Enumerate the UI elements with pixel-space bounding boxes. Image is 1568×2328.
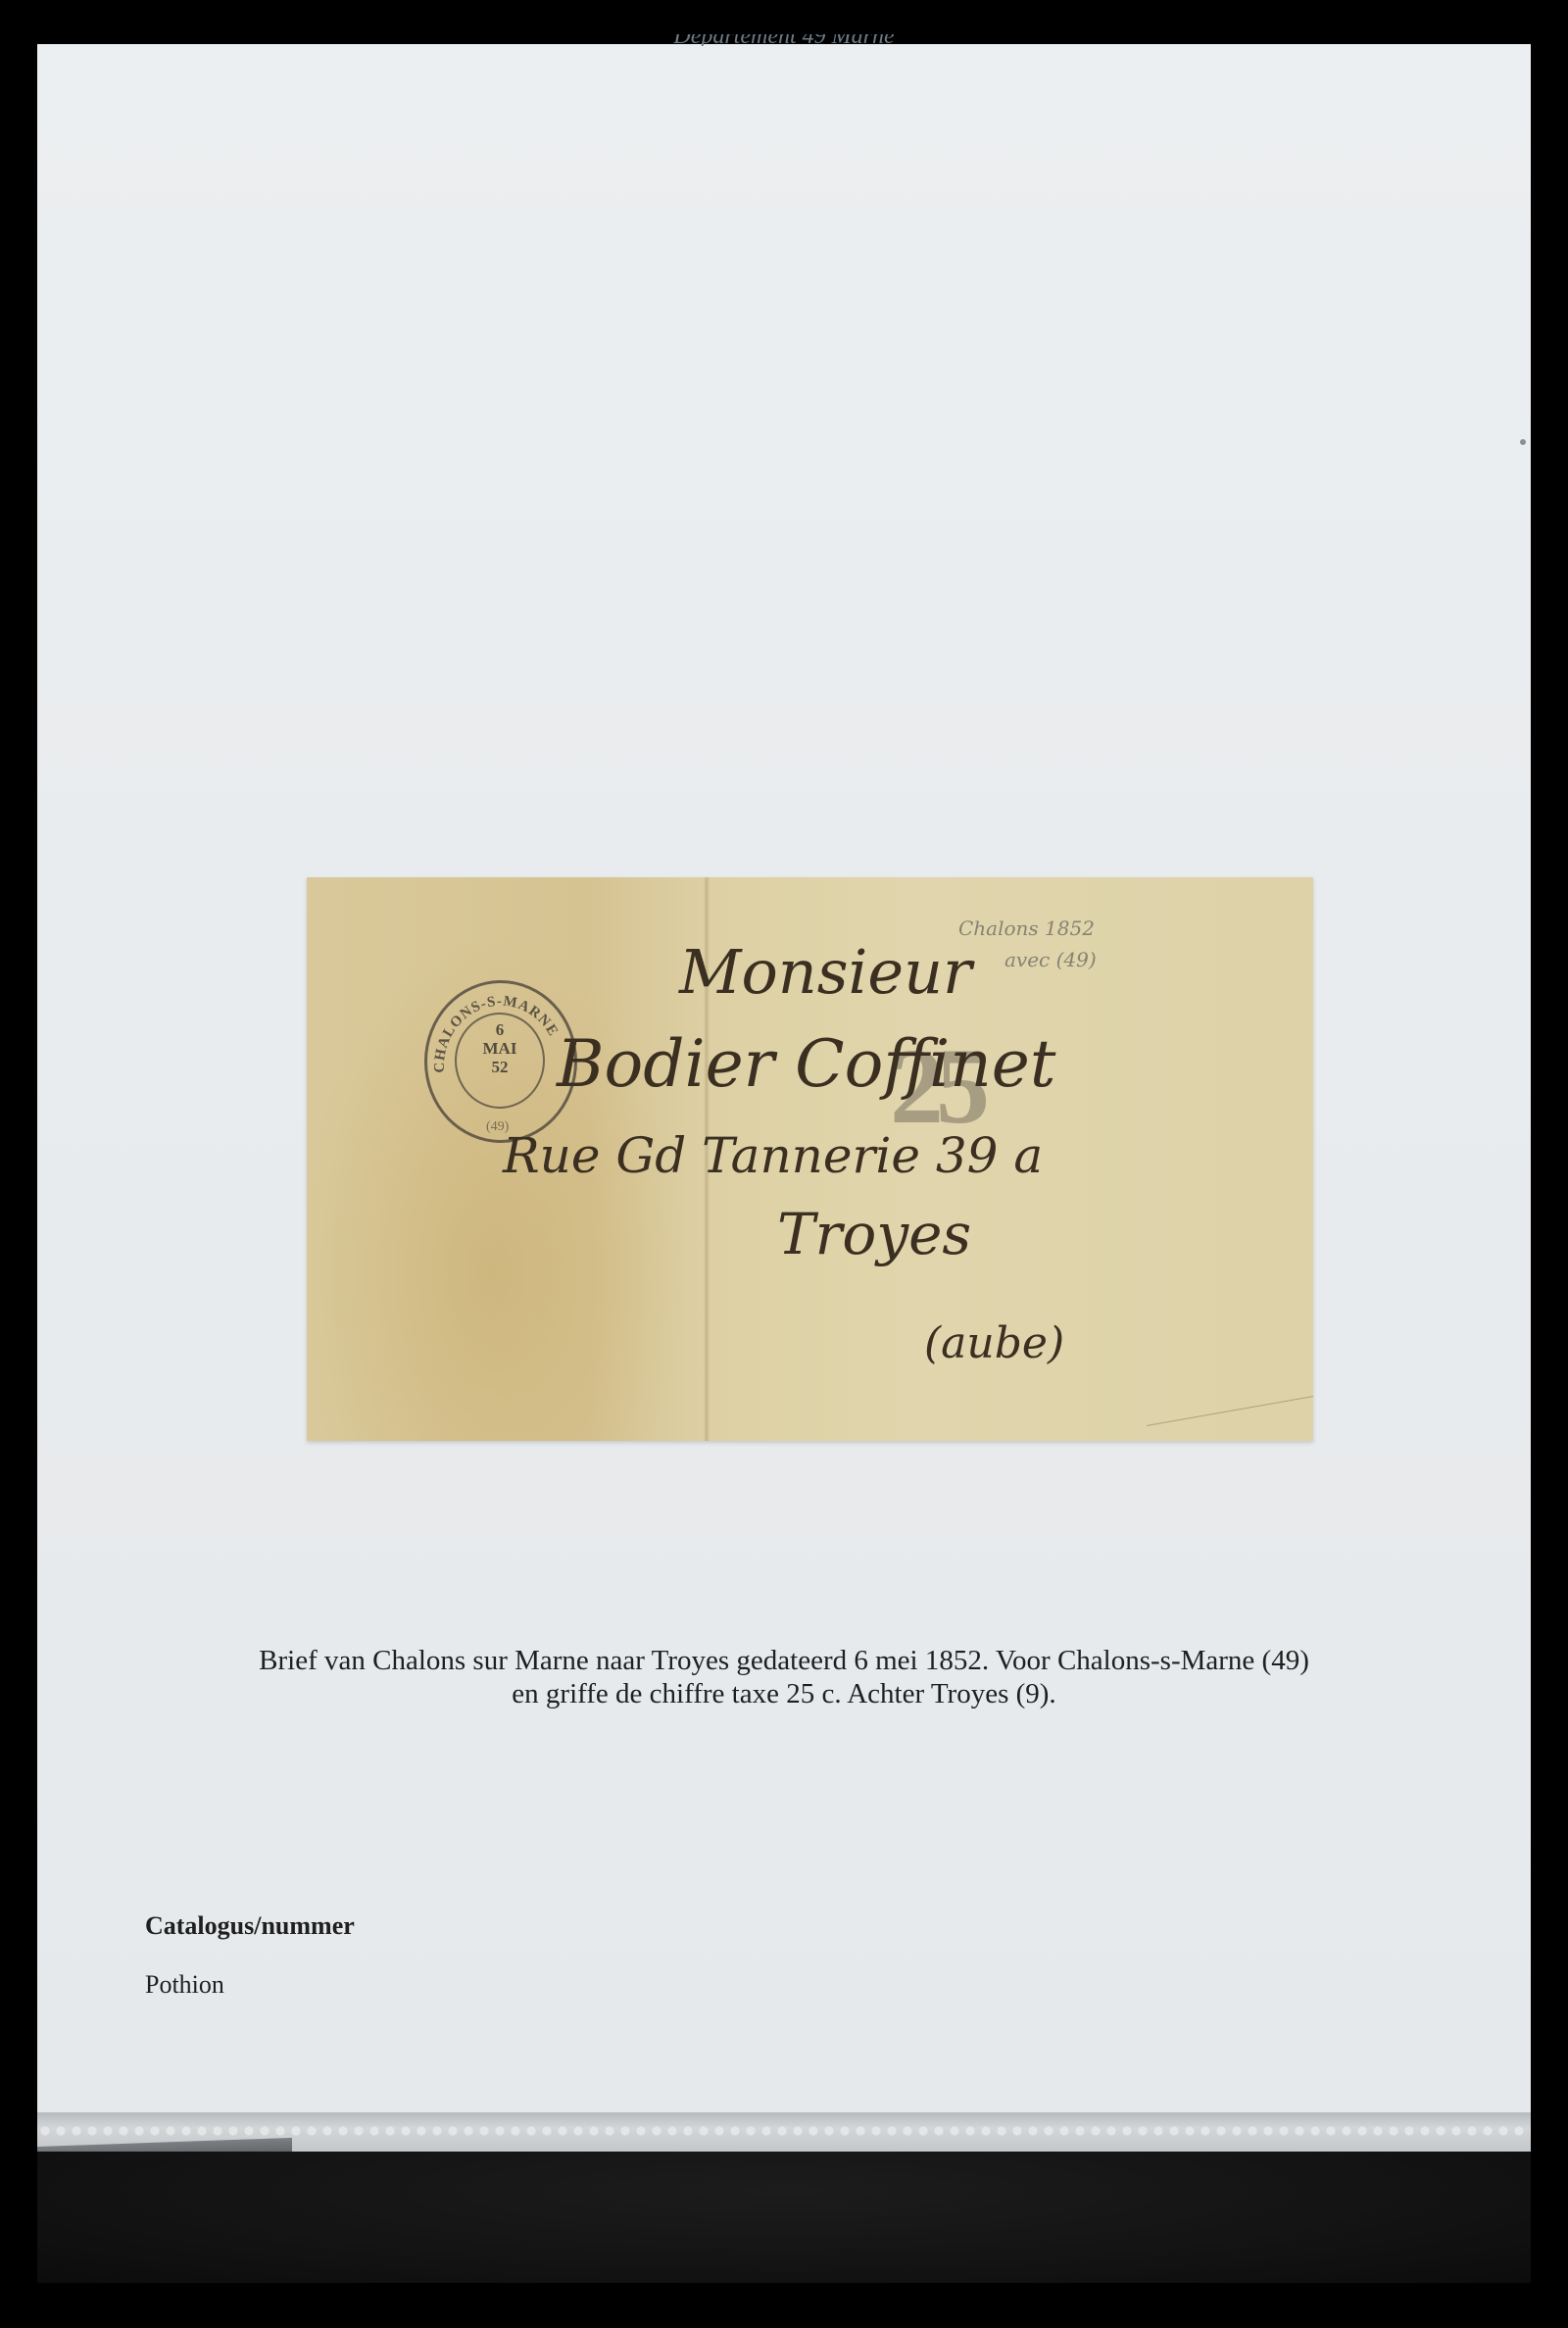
caption-line-1: Brief van Chalons sur Marne naar Troyes … (37, 1644, 1531, 1677)
address-line-3: Rue Gd Tannerie 39 a (503, 1127, 1043, 1184)
pencil-note-line2: avec (49) (1004, 948, 1097, 971)
address-line-1: Monsieur (679, 936, 972, 1008)
cover-corner-flap (1147, 1396, 1313, 1441)
caption-line-2: en griffe de chiffre taxe 25 c. Achter T… (37, 1677, 1531, 1710)
address-line-2: Bodier Coffinet (557, 1026, 1055, 1102)
catalog-value: Pothion (145, 1970, 224, 2000)
postmark-day: 6 (455, 1020, 545, 1039)
page-header: Département 49 Marne (37, 34, 1531, 46)
album-binder-background (37, 2152, 1531, 2283)
postal-cover-image: CHALONS-S-MARNE (49) 6 MAI 52 Chalons 18… (307, 877, 1313, 1441)
address-line-5: (aube) (924, 1318, 1064, 1368)
postmark-year: 52 (455, 1058, 545, 1076)
postmark-date: 6 MAI 52 (455, 1020, 545, 1076)
sleeve-perforations (37, 2124, 1531, 2138)
dust-speck (1520, 439, 1526, 445)
page-header-text: Département 49 Marne (673, 34, 894, 46)
pencil-note-line1: Chalons 1852 (958, 916, 1095, 940)
address-line-4: Troyes (777, 1201, 971, 1267)
album-page: Département 49 Marne CHALONS-S-MARNE (49… (37, 44, 1531, 2112)
catalog-label: Catalogus/nummer (145, 1911, 355, 1941)
postmark-icon: CHALONS-S-MARNE (49) 6 MAI 52 (424, 980, 577, 1143)
cover-caption: Brief van Chalons sur Marne naar Troyes … (37, 1644, 1531, 1710)
postmark-month: MAI (455, 1039, 545, 1058)
